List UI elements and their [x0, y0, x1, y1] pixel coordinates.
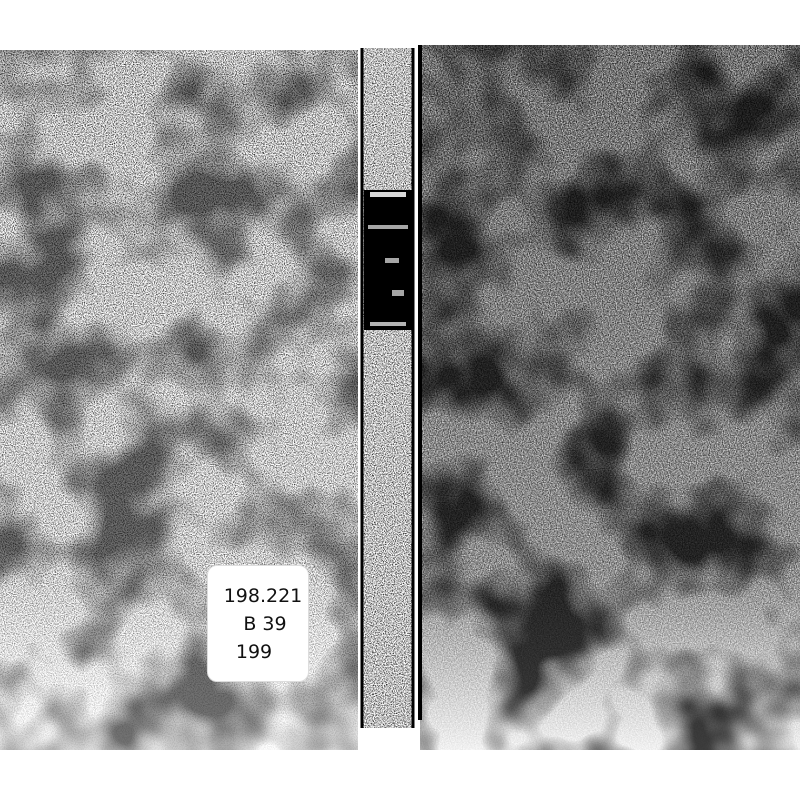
- call-number-line-2: B 39: [243, 610, 286, 638]
- spine: [362, 48, 414, 728]
- call-number-label: 198.221 B 39 199: [207, 565, 309, 682]
- book-cover-scan: [0, 0, 800, 800]
- back-cover: [420, 45, 800, 750]
- call-number-line-1: 198.221: [224, 582, 303, 610]
- call-number-line-3: 199: [236, 638, 272, 666]
